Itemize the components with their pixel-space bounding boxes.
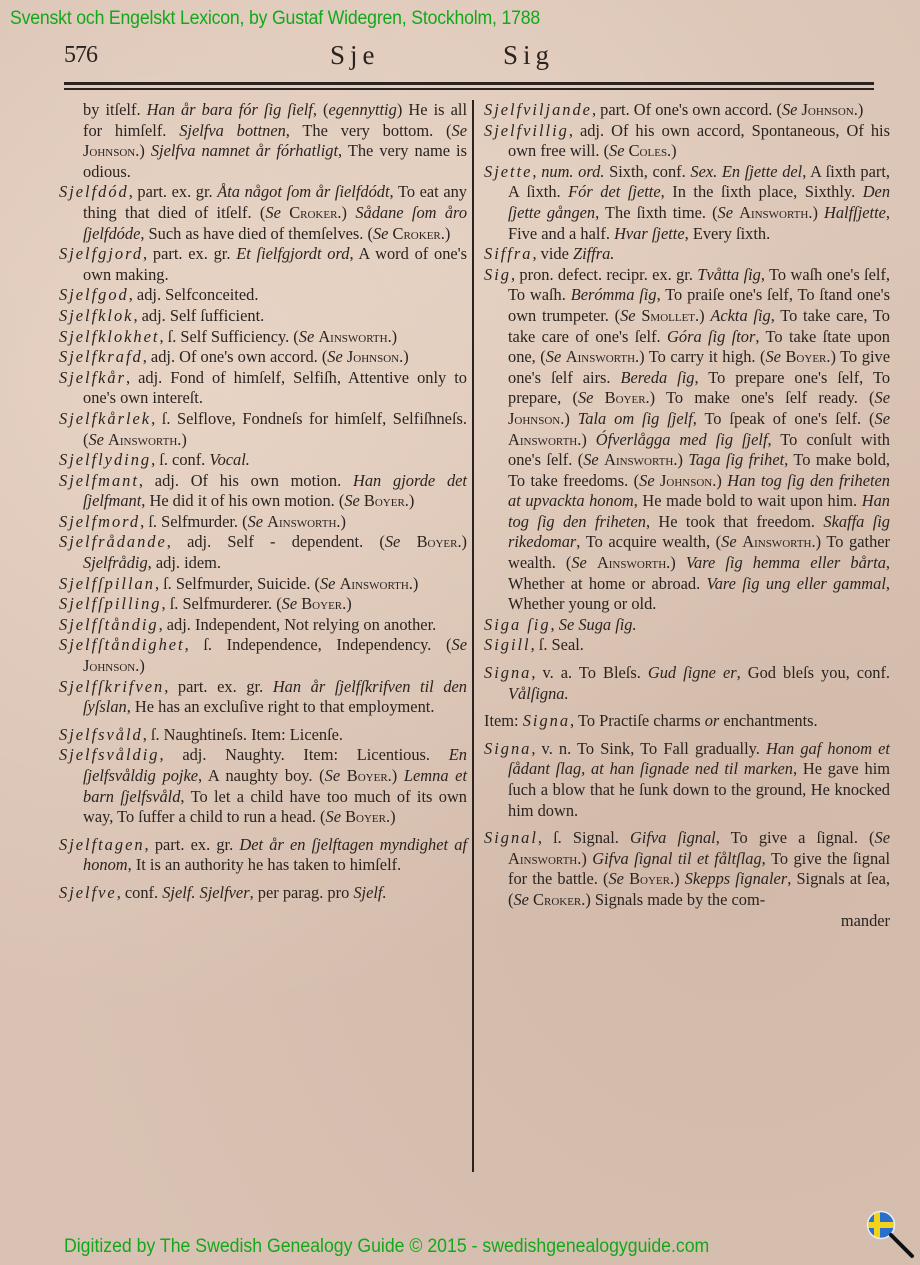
- entry-text: , adj. Naughty. Item: Licentious.: [159, 745, 448, 764]
- entry-text: Se: [327, 347, 347, 366]
- headword: Signa: [484, 739, 531, 758]
- entry-text: Boyer.: [605, 388, 650, 407]
- dictionary-entry: Sjelfſtåndighet, ſ. Independence, Indepe…: [59, 635, 467, 676]
- entry-text: Boyer.: [364, 491, 409, 510]
- entry-text: , ſ. Selfmurder, Suicide. (: [155, 574, 320, 593]
- entry-text: Se: [344, 491, 364, 510]
- entry-text: , adj. idem.: [148, 553, 221, 572]
- entry-text: , part. Of one's own accord. (: [592, 100, 782, 119]
- left-column: by itſelf. Han år bara fór ſig ſielf, (e…: [59, 100, 467, 904]
- dictionary-entry: Sjelfviljande, part. Of one's own accord…: [484, 100, 890, 121]
- dictionary-entry: Sjelfſpillan, ſ. Selfmurder, Suicide. (S…: [59, 574, 467, 595]
- dictionary-entry: Sjelfve, conf. Sjelf. Sjelfver, per para…: [59, 883, 467, 904]
- entry-text: Se: [265, 203, 289, 222]
- entry-text: ): [403, 347, 408, 366]
- entry-text: Fór det ſjette: [568, 182, 660, 201]
- headword: Sjelfſpilling: [59, 594, 162, 613]
- entry-text: , ſ. Seal.: [531, 635, 584, 654]
- entry-text: ) To carry it high. (: [639, 347, 765, 366]
- dictionary-entry: Sjelfklokhet, ſ. Self Sufficiency. (Se A…: [59, 327, 467, 348]
- entry-text: , To Practiſe charms: [570, 711, 705, 730]
- entry-text: Góra ſig ſtor: [667, 327, 755, 346]
- entry-text: , To ſpeak of one's ſelf. (: [693, 409, 875, 428]
- entry-text: , v. n. To Sink, To Fall gradually.: [531, 739, 766, 758]
- headword: Sjelfrådande: [59, 532, 167, 551]
- entry-text: , per parag. pro: [250, 883, 354, 902]
- headword: Siffra: [484, 244, 532, 263]
- dictionary-entry: Signa, v. a. To Bleſs. Gud ſigne er, God…: [484, 663, 890, 704]
- dictionary-entry: Sjelfkår, adj. Fond of himſelf, Selfiſh,…: [59, 368, 467, 409]
- entry-text: , To give a ſignal. (: [716, 828, 875, 847]
- entry-text: ): [581, 849, 592, 868]
- entry-text: ): [139, 141, 151, 160]
- dictionary-entry: Sjelfkrafd, adj. Of one's own accord. (S…: [59, 347, 467, 368]
- headword: Sjelfvillig: [484, 121, 569, 140]
- entry-text: Gud ſigne er: [648, 663, 737, 682]
- entry-text: ): [670, 553, 686, 572]
- entry-text: Se: [373, 224, 393, 243]
- dictionary-entry: Sjelfsvåldig, adj. Naughty. Item: Licent…: [59, 745, 467, 827]
- entry-text: Berómma ſig: [571, 285, 657, 304]
- entry-text: Boyer.: [301, 594, 346, 613]
- entry-text: ): [699, 306, 710, 325]
- entry-text: Ainsworth.: [108, 430, 181, 449]
- entry-text: ): [812, 203, 824, 222]
- entry-text: Vare ſig hemma eller bårta: [686, 553, 886, 572]
- dictionary-entry: Sjelfſtåndig, adj. Independent, Not rely…: [59, 615, 467, 636]
- dictionary-entry: Sjelflyding, ſ. conf. Vocal.: [59, 450, 467, 471]
- entry-text: Se: [452, 635, 467, 654]
- entry-text: ) Signals made by the com-: [585, 890, 765, 909]
- entry-text: ): [445, 224, 450, 243]
- entry-text: Johnson.: [508, 409, 564, 428]
- headword: Sjelfkår: [59, 368, 126, 387]
- entry-text: , He did it of his own motion. (: [141, 491, 344, 510]
- entry-text: enchantments.: [719, 711, 817, 730]
- magnifier-swedish-flag-icon: [864, 1208, 916, 1260]
- entry-text: ): [674, 869, 685, 888]
- entry-text: Johnson.: [83, 656, 139, 675]
- entry-text: , v. a. To Bleſs.: [531, 663, 648, 682]
- entry-text: Se: [620, 306, 641, 325]
- headword: Sjelfkrafd: [59, 347, 143, 366]
- entry-text: , ſ. conf.: [151, 450, 209, 469]
- entry-text: , ſ. Independence, Independency. (: [185, 635, 452, 654]
- dictionary-entry: Sjelfsvåld, ſ. Naughtineſs. Item: Licenſ…: [59, 725, 467, 746]
- dictionary-entry: Sig, pron. defect. recipr. ex. gr. Tvått…: [484, 265, 890, 615]
- entry-text: Vocal.: [209, 450, 250, 469]
- entry-text: Se: [571, 553, 597, 572]
- entry-text: , He has an excluſive right to that empl…: [127, 697, 435, 716]
- entry-text: Hvar ſjette: [614, 224, 685, 243]
- entry-text: Se: [299, 327, 319, 346]
- dictionary-entry: Sjelfvillig, adj. Of his own accord, Spo…: [484, 121, 890, 162]
- entry-text: ): [340, 512, 345, 531]
- entry-text: Johnson.: [660, 471, 716, 490]
- headword: Sjelfſpillan: [59, 574, 155, 593]
- headword: Sjette: [484, 162, 532, 181]
- guide-word-right: Sig: [503, 40, 554, 71]
- entry-text: Se: [875, 409, 890, 428]
- entry-text: , ſ. Selfmurderer. (: [162, 594, 282, 613]
- dictionary-entry: Sjelfklok, adj. Self ſufficient.: [59, 306, 467, 327]
- entry-text: Croker.: [393, 224, 445, 243]
- dictionary-entry: Sjelfmant, adj. Of his own motion. Han g…: [59, 471, 467, 512]
- entry-text: Tvåtta ſig: [697, 265, 761, 284]
- entry-text: Ófverlågga med ſig ſjelf: [596, 430, 768, 449]
- entry-text: ) To make one's ſelf ready. (: [650, 388, 875, 407]
- headword: Sig: [484, 265, 511, 284]
- entry-text: Gifva ſignal: [630, 828, 716, 847]
- dictionary-entry: Signa, v. n. To Sink, To Fall gradually.…: [484, 739, 890, 821]
- entry-text: Boyer.: [347, 766, 392, 785]
- entry-text: ): [716, 471, 727, 490]
- headword: Siga ſig: [484, 615, 551, 634]
- headword: Sjelfklokhet: [59, 327, 159, 346]
- entry-text: , adj. Selfconceited.: [129, 285, 259, 304]
- entry-text: Taga ſig frihet: [688, 450, 784, 469]
- entry-text: , part. ex. gr.: [145, 835, 240, 854]
- entry-text: Se: [875, 388, 890, 407]
- entry-text: Se: [578, 388, 605, 407]
- headword: Signal: [484, 828, 538, 847]
- entry-text: , (: [313, 100, 329, 119]
- page-number: 576: [64, 42, 97, 69]
- entry-text: Croker.: [289, 203, 341, 222]
- entry-text: , The very bottom. (: [286, 121, 452, 140]
- entry-text: num. ord.: [541, 162, 604, 181]
- header-rule-thin: [64, 88, 874, 90]
- headword: Sjelfviljande: [484, 100, 592, 119]
- entry-text: Se: [282, 594, 302, 613]
- entry-text: Ziffra.: [573, 244, 614, 263]
- entry-text: ): [390, 807, 395, 826]
- entry-text: by itſelf.: [83, 100, 147, 119]
- entry-text: ): [671, 141, 676, 160]
- entry-text: Se: [608, 869, 629, 888]
- entry-text: ): [181, 430, 186, 449]
- entry-text: , adj. Independent, Not relying on anoth…: [159, 615, 437, 634]
- headword: Sjelfmord: [59, 512, 140, 531]
- entry-text: Se: [609, 141, 629, 160]
- dictionary-entry: Sjelftagen, part. ex. gr. Det år en ſjel…: [59, 835, 467, 876]
- entry-text: , adj. Fond of himſelf, Selfiſh, Attenti…: [83, 368, 467, 408]
- headword: Sjelfve: [59, 883, 117, 902]
- headword: Sjelfsvåldig: [59, 745, 159, 764]
- dictionary-entry: Siga ſig, Se Suga ſig.: [484, 615, 890, 636]
- entry-text: Se: [639, 471, 660, 490]
- entry-text: , ſ. Selfmurder. (: [140, 512, 247, 531]
- digitized-by-footer: Digitized by The Swedish Genealogy Guide…: [64, 1236, 709, 1258]
- entry-text: Se Suga ſig.: [559, 615, 637, 634]
- entry-text: Tala om ſig ſjelf: [578, 409, 693, 428]
- entry-text: ): [858, 100, 863, 119]
- entry-text: Se: [326, 807, 346, 826]
- entry-text: Vålſigna.: [508, 684, 569, 703]
- entry-text: Ackta ſig: [710, 306, 770, 325]
- entry-text: , part. ex. gr.: [164, 677, 273, 696]
- entry-text: , vide: [532, 244, 573, 263]
- entry-text: Ainsworth.: [508, 430, 581, 449]
- entry-text: Se: [320, 574, 340, 593]
- headword: Signa: [484, 663, 531, 682]
- headword: Sjelfgod: [59, 285, 129, 304]
- entry-text: Se: [875, 828, 890, 847]
- dictionary-entry: Signal, ſ. Signal. Gifva ſignal, To give…: [484, 828, 890, 910]
- entry-text: ): [564, 409, 577, 428]
- entry-text: ): [462, 532, 467, 551]
- entry-text: , part. ex. gr.: [143, 244, 236, 263]
- headword: Sjelfmant: [59, 471, 139, 490]
- entry-text: ): [409, 491, 414, 510]
- entry-text: , pron. defect. recipr. ex. gr.: [511, 265, 697, 284]
- entry-text: Se: [546, 347, 566, 366]
- entry-text: Ainsworth.: [742, 532, 815, 551]
- entry-text: , He made bold to wait upon him.: [634, 491, 862, 510]
- entry-text: egennyttig: [329, 100, 397, 119]
- entry-text: Sjelfrådig: [83, 553, 148, 572]
- entry-text: ): [342, 203, 356, 222]
- dictionary-entry: Sjelfrådande, adj. Self - dependent. (Se…: [59, 532, 467, 573]
- entry-text: Ainsworth.: [318, 327, 391, 346]
- entry-text: Sjelfva namnet år fórhatligt: [151, 141, 338, 160]
- entry-text: Se: [325, 766, 347, 785]
- entry-text: , adj. Self ſufficient.: [133, 306, 264, 325]
- entry-text: Se: [513, 890, 533, 909]
- headword: Sjelfdód: [59, 182, 129, 201]
- dictionary-entry: Sjelfſkrifven, part. ex. gr. Han år ſjel…: [59, 677, 467, 718]
- dictionary-entry: Sjelfgjord, part. ex. gr. Et ſielfgjordt…: [59, 244, 467, 285]
- dictionary-entry: by itſelf. Han år bara fór ſig ſielf, (e…: [59, 100, 467, 182]
- entry-text: Bereda ſig: [621, 368, 695, 387]
- entry-text: ): [413, 574, 418, 593]
- entry-text: Se: [248, 512, 268, 531]
- dictionary-entry: Sjelfſpilling, ſ. Selfmurderer. (Se Boye…: [59, 594, 467, 615]
- entry-text: Skepps ſignaler: [685, 869, 788, 888]
- catchword: mander: [484, 911, 890, 932]
- entry-text: , It is an authority he has taken to him…: [128, 855, 402, 874]
- entry-text: or: [705, 711, 720, 730]
- entry-text: ,: [532, 162, 541, 181]
- entry-text: Sjelf.: [353, 883, 386, 902]
- entry-text: , He took that freedom.: [646, 512, 823, 531]
- entry-text: , A naughty boy. (: [198, 766, 325, 785]
- entry-text: Boyer.: [345, 807, 390, 826]
- entry-text: Se: [782, 100, 802, 119]
- entry-text: , adj. Of one's own accord. (: [143, 347, 328, 366]
- headword: Signa: [523, 711, 570, 730]
- entry-text: Johnson.: [83, 141, 139, 160]
- dictionary-entry: Sjelfkårlek, ſ. Selflove, Fondneſs for h…: [59, 409, 467, 450]
- entry-text: Item:: [484, 711, 523, 730]
- entry-text: Ainsworth.: [597, 553, 670, 572]
- headword: Sjelfsvåld: [59, 725, 143, 744]
- source-banner: Svenskt och Engelskt Lexicon, by Gustaf …: [10, 8, 540, 30]
- headword: Sjelfſtåndighet: [59, 635, 185, 654]
- entry-text: Ainsworth.: [340, 574, 413, 593]
- dictionary-entry: Sjelfmord, ſ. Selfmurder. (Se Ainsworth.…: [59, 512, 467, 533]
- guide-word-left: Sje: [330, 40, 380, 71]
- entry-text: , In the ſixth place, Sixthly.: [661, 182, 863, 201]
- entry-text: Gifva ſignal til et fåltſlag: [592, 849, 761, 868]
- entry-text: , God bleſs you, conf.: [737, 663, 890, 682]
- headword: Sjelfſtåndig: [59, 615, 159, 634]
- entry-text: , ſ. Naughtineſs. Item: Licenſe.: [143, 725, 343, 744]
- entry-text: , adj. Self - dependent. (: [167, 532, 385, 551]
- entry-text: , part. ex. gr.: [129, 182, 218, 201]
- entry-text: Boyer.: [786, 347, 831, 366]
- entry-text: , Such as have died of themſelves. (: [140, 224, 373, 243]
- entry-text: ): [677, 450, 688, 469]
- entry-text: , adj. Of his own motion.: [139, 471, 353, 490]
- entry-text: Se: [88, 430, 108, 449]
- entry-text: , ſ. Signal.: [538, 828, 630, 847]
- entry-text: Et ſielfgjordt ord: [236, 244, 349, 263]
- headword: Sigill: [484, 635, 531, 654]
- headword: Sjelfgjord: [59, 244, 143, 263]
- entry-text: Ainsworth.: [604, 450, 677, 469]
- entry-text: , conf.: [117, 883, 163, 902]
- entry-text: Se: [452, 121, 467, 140]
- dictionary-entry: Sigill, ſ. Seal.: [484, 635, 890, 656]
- column-divider: [472, 100, 474, 1172]
- entry-text: Croker.: [533, 890, 585, 909]
- entry-text: Se: [765, 347, 785, 366]
- entry-text: Sjelfva bottnen: [179, 121, 286, 140]
- entry-text: Vare ſig ung eller gammal: [707, 574, 886, 593]
- headword: Sjelfklok: [59, 306, 133, 325]
- dictionary-entry: Sjelfdód, part. ex. gr. Åta något ſom år…: [59, 182, 467, 244]
- headword: Sjelflyding: [59, 450, 151, 469]
- entry-text: Coles.: [629, 141, 672, 160]
- entry-text: Sixth, conf.: [604, 162, 690, 181]
- dictionary-entry: Sjette, num. ord. Sixth, conf. Sex. En ſ…: [484, 162, 890, 244]
- entry-text: Halfſjette: [824, 203, 886, 222]
- entry-text: Se: [721, 532, 742, 551]
- entry-text: Ainsworth.: [739, 203, 812, 222]
- entry-text: Ainsworth.: [267, 512, 340, 531]
- entry-text: ): [346, 594, 351, 613]
- entry-text: , Every ſixth.: [685, 224, 771, 243]
- headword: Sjelftagen: [59, 835, 145, 854]
- entry-text: , To acquire wealth, (: [576, 532, 721, 551]
- headword: Sjelfkårlek: [59, 409, 151, 428]
- entry-text: Johnson.: [347, 347, 403, 366]
- entry-text: Åta något ſom år ſielfdódt: [217, 182, 389, 201]
- entry-text: ,: [551, 615, 559, 634]
- entry-text: Boyer.: [629, 869, 674, 888]
- entry-text: ): [392, 327, 397, 346]
- header-rule: [64, 82, 874, 85]
- entry-text: Sjelf. Sjelfver: [162, 883, 249, 902]
- entry-text: Sex. En ſjette del: [690, 162, 802, 181]
- running-head: 576 Sje Sig: [0, 38, 920, 78]
- entry-text: Smollet.: [641, 306, 699, 325]
- entry-text: Ainsworth.: [566, 347, 639, 366]
- entry-text: Se: [385, 532, 417, 551]
- right-column: Sjelfviljande, part. Of one's own accord…: [484, 100, 890, 931]
- entry-text: Johnson.: [802, 100, 858, 119]
- entry-text: Se: [583, 450, 604, 469]
- entry-text: ): [139, 656, 144, 675]
- entry-text: ): [392, 766, 404, 785]
- dictionary-entry: Siffra, vide Ziffra.: [484, 244, 890, 265]
- headword: Sjelfſkrifven: [59, 677, 164, 696]
- dictionary-entry: Item: Signa, To Practiſe charms or encha…: [484, 711, 890, 732]
- entry-text: Ainsworth.: [508, 849, 581, 868]
- entry-text: , The ſixth time. (: [595, 203, 717, 222]
- entry-text: Han år bara fór ſig ſielf: [147, 100, 313, 119]
- dictionary-entry: Sjelfgod, adj. Selfconceited.: [59, 285, 467, 306]
- entry-text: ): [581, 430, 595, 449]
- entry-text: Boyer.: [417, 532, 462, 551]
- entry-text: Se: [718, 203, 740, 222]
- entry-text: , ſ. Self Sufficiency. (: [159, 327, 298, 346]
